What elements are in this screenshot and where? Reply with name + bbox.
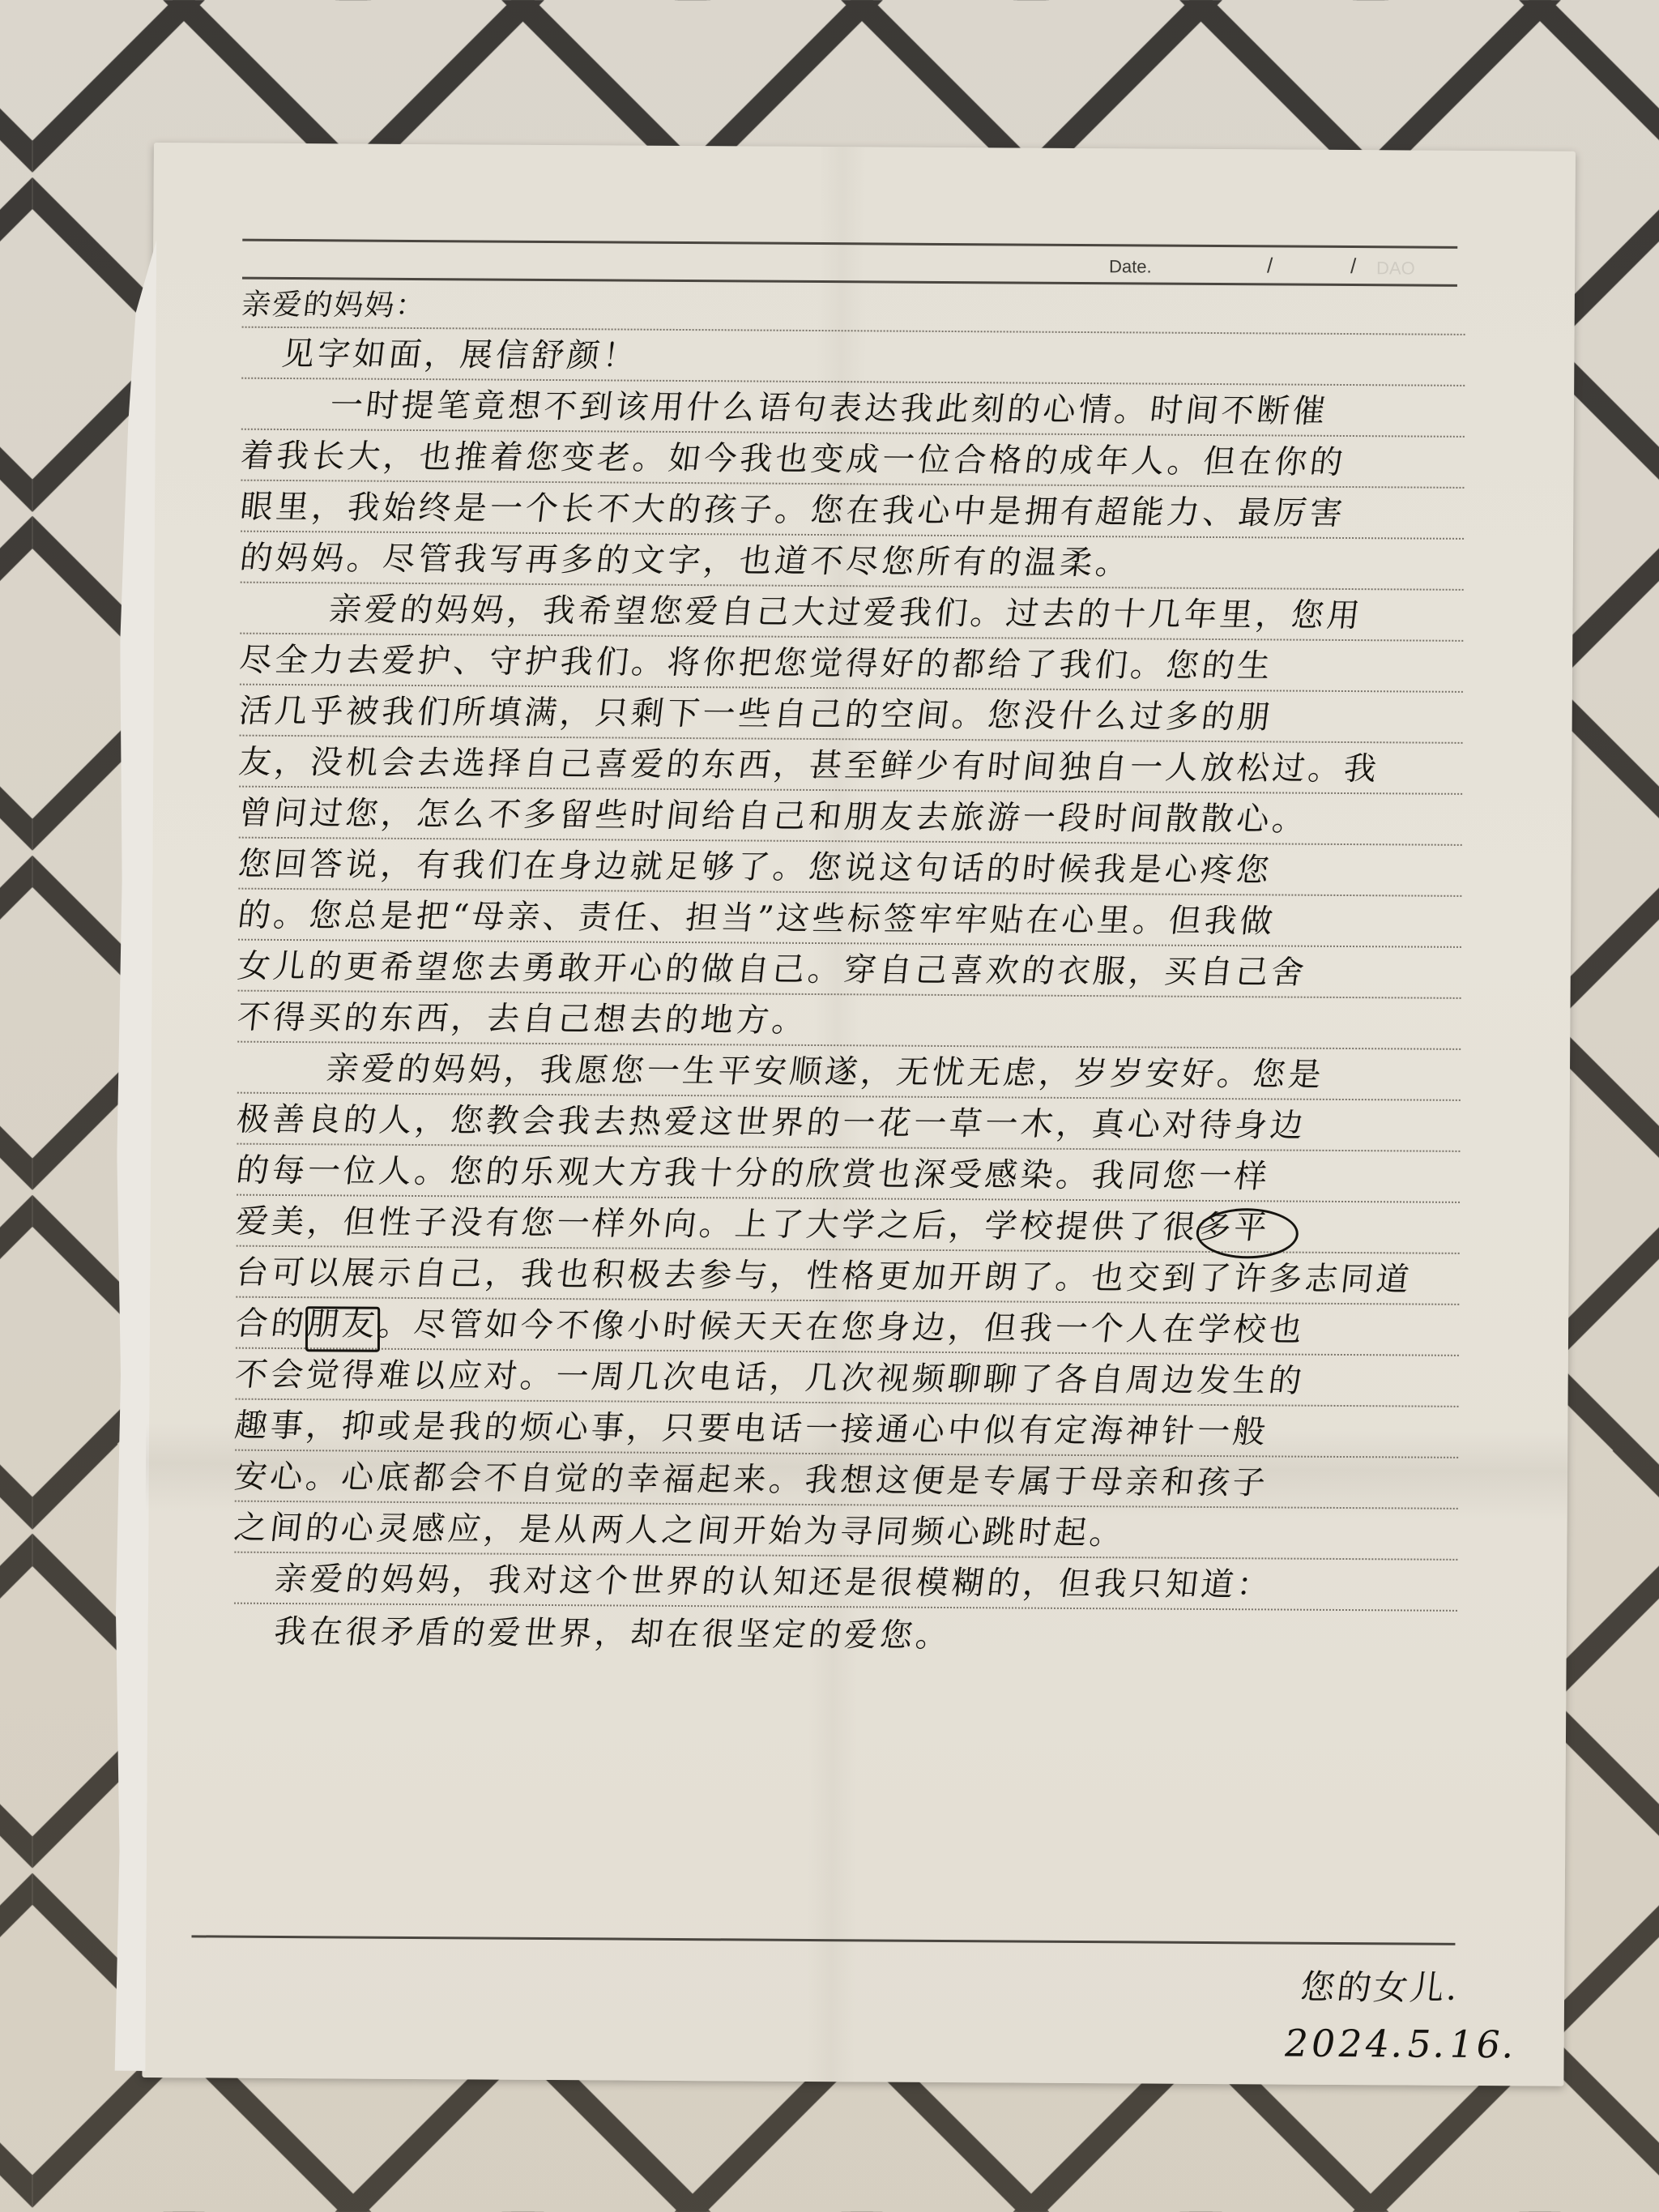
letter-line: 活几乎被我们所填满，只剩下一些自己的空间。您没什么过多的朋 — [237, 685, 1276, 738]
ruled-line: 女儿的更希望您去勇敢开心的做自己。穿自己喜欢的衣服，买自己舍 — [238, 941, 1461, 999]
date-watermark: DAO — [1376, 258, 1415, 279]
ruled-line: 亲爱的妈妈，我愿您一生平安顺遂，无忧无虑，岁岁安好。您是 — [237, 1043, 1461, 1101]
circled-correction — [1196, 1208, 1299, 1259]
ruled-line: 爱美，但性子没有您一样外向。上了大学之后，学校提供了很多平 — [237, 1196, 1460, 1254]
ruled-line: 合的朋友。尽管如今不像小时候天天在您身边，但我一个人在学校也 — [236, 1298, 1459, 1356]
letter-line: 之间的心灵感应，是从两人之间开始为寻同频心跳时起。 — [232, 1502, 1128, 1554]
letter-line: 您回答说，有我们在身边就足够了。您说这句话的时候我是心疼您 — [236, 839, 1274, 891]
ruled-line: 的每一位人。您的乐观大方我十分的欣赏也深受感染。我同您一样 — [237, 1145, 1460, 1203]
letter-line: 趣事，抑或是我的烦心事，只要电话一接通心中似有定海神针一般 — [232, 1400, 1271, 1453]
letter-line: 亲爱的妈妈，我对这个世界的认知还是很模糊的，但我只知道： — [272, 1553, 1275, 1605]
letter-line: 安心。心底都会不自觉的幸福起来。我想这便是专属于母亲和孩子 — [232, 1451, 1271, 1504]
letter-line: 见字如面，展信舒颜！ — [279, 328, 641, 377]
date-slash: / — [1350, 254, 1356, 279]
ruled-line: 台可以展示自己，我也积极去参与，性格更加开朗了。也交到了许多志同道 — [236, 1247, 1459, 1305]
letter-line: 眼里，我始终是一个长不大的孩子。您在我心中是拥有超能力、最厉害 — [238, 481, 1348, 534]
letter-signed-date: 2024.5.16. — [1281, 2022, 1523, 2067]
ruled-line: 亲爱的妈妈： — [242, 277, 1465, 335]
letter-signature: 您的女儿. — [1299, 1961, 1463, 2010]
ruled-line: 您回答说，有我们在身边就足够了。您说这句话的时候我是心疼您 — [238, 839, 1461, 897]
letter-line: 不会觉得难以应对。一周几次电话，几次视频聊聊了各自周边发生的 — [233, 1349, 1307, 1402]
ruled-line: 曾问过您，怎么不多留些时间给自己和朋友去旅游一段时间散散心。 — [239, 788, 1462, 846]
letter-line: 的每一位人。您的乐观大方我十分的欣赏也深受感染。我同您一样 — [234, 1145, 1273, 1198]
ruled-line: 一时提笔竟想不到该用什么语句表达我此刻的心情。时间不断催 — [241, 379, 1465, 438]
letter-line: 极善良的人，您教会我去热爱这世界的一花一草一木，真心对待身边 — [234, 1094, 1308, 1147]
letter-line: 亲爱的妈妈，我希望您爱自己大过爱我们。过去的十几年里，您用 — [326, 583, 1365, 636]
ruled-line: 安心。心底都会不自觉的幸福起来。我想这便是专属于母亲和孩子 — [235, 1451, 1458, 1510]
letter-line: 尽全力去爱护、守护我们。将你把您觉得好的都给了我们。您的生 — [237, 634, 1276, 687]
ruled-line: 亲爱的妈妈，我对这个世界的认知还是很模糊的，但我只知道： — [234, 1553, 1457, 1612]
ruled-line: 眼里，我始终是一个长不大的孩子。您在我心中是拥有超能力、最厉害 — [241, 481, 1464, 540]
letter-line: 我在很矛盾的爱世界，却在很坚定的爱您。 — [272, 1606, 954, 1656]
date-label: Date. — [1109, 256, 1152, 277]
ruled-line: 友，没机会去选择自己喜爱的东西，甚至鲜少有时间独自一人放松过。我 — [239, 737, 1462, 795]
ruled-line: 亲爱的妈妈，我希望您爱自己大过爱我们。过去的十几年里，您用 — [240, 583, 1463, 642]
boxed-correction — [305, 1306, 380, 1352]
ruled-line: 之间的心灵感应，是从两人之间开始为寻同频心跳时起。 — [234, 1502, 1457, 1561]
ruled-line: 着我长大，也推着您变老。如今我也变成一位合格的成年人。但在你的 — [241, 430, 1464, 489]
letter-line: 友，没机会去选择自己喜爱的东西，甚至鲜少有时间独自一人放松过。我 — [237, 737, 1382, 790]
ruled-line: 趣事，抑或是我的烦心事，只要电话一接通心中似有定海神针一般 — [235, 1400, 1458, 1458]
letter-salutation: 亲爱的妈妈： — [240, 282, 429, 324]
letter-paper: Date. / / DAO 亲爱的妈妈： 见字如面，展信舒颜！ 一时提笔竟想不到… — [142, 143, 1576, 2086]
ruled-line: 尽全力去爱护、守护我们。将你把您觉得好的都给了我们。您的生 — [240, 634, 1463, 693]
date-slash: / — [1267, 253, 1273, 278]
letter-line: 亲爱的妈妈，我愿您一生平安顺遂，无忧无虑，岁岁安好。您是 — [324, 1043, 1327, 1095]
letter-line: 的妈妈。尽管我写再多的文字，也道不尽您所有的温柔。 — [238, 532, 1134, 584]
ruled-line: 的妈妈。尽管我写再多的文字，也道不尽您所有的温柔。 — [241, 532, 1464, 591]
letter-line: 曾问过您，怎么不多留些时间给自己和朋友去旅游一段时间散散心。 — [237, 788, 1311, 840]
letter-line: 合的朋友。尽管如今不像小时候天天在您身边，但我一个人在学校也 — [233, 1298, 1307, 1351]
letter-line: 着我长大，也推着您变老。如今我也变成一位合格的成年人。但在你的 — [238, 430, 1348, 483]
letter-line: 不得买的东西，去自己想去的地方。 — [235, 992, 810, 1041]
ruled-line: 不会觉得难以应对。一周几次电话，几次视频聊聊了各自周边发生的 — [236, 1349, 1459, 1407]
ruled-line: 不得买的东西，去自己想去的地方。 — [237, 992, 1461, 1050]
letter-line: 的。您总是把“母亲、责任、担当”这些标签牢牢贴在心里。但我做 — [236, 890, 1278, 942]
letter-line: 爱美，但性子没有您一样外向。上了大学之后，学校提供了很多平 — [234, 1196, 1273, 1249]
ruled-line: 活几乎被我们所填满，只剩下一些自己的空间。您没什么过多的朋 — [240, 685, 1463, 744]
letter-line: 女儿的更希望您去勇敢开心的做自己。穿自己喜欢的衣服，买自己舍 — [236, 941, 1310, 993]
ruled-line: 的。您总是把“母亲、责任、担当”这些标签牢牢贴在心里。但我做 — [238, 890, 1461, 948]
letter-body: 亲爱的妈妈： 见字如面，展信舒颜！ 一时提笔竟想不到该用什么语句表达我此刻的心情… — [234, 277, 1465, 1663]
ruled-line: 极善良的人，您教会我去热爱这世界的一花一草一木，真心对待身边 — [237, 1094, 1460, 1152]
letter-line: 一时提笔竟想不到该用什么语句表达我此刻的心情。时间不断催 — [328, 379, 1331, 431]
letter-line: 台可以展示自己，我也积极去参与，性格更加开朗了。也交到了许多志同道 — [233, 1247, 1414, 1300]
ruled-line: 见字如面，展信舒颜！ — [241, 328, 1465, 386]
ruled-line: 我在很矛盾的爱世界，却在很坚定的爱您。 — [234, 1604, 1457, 1663]
